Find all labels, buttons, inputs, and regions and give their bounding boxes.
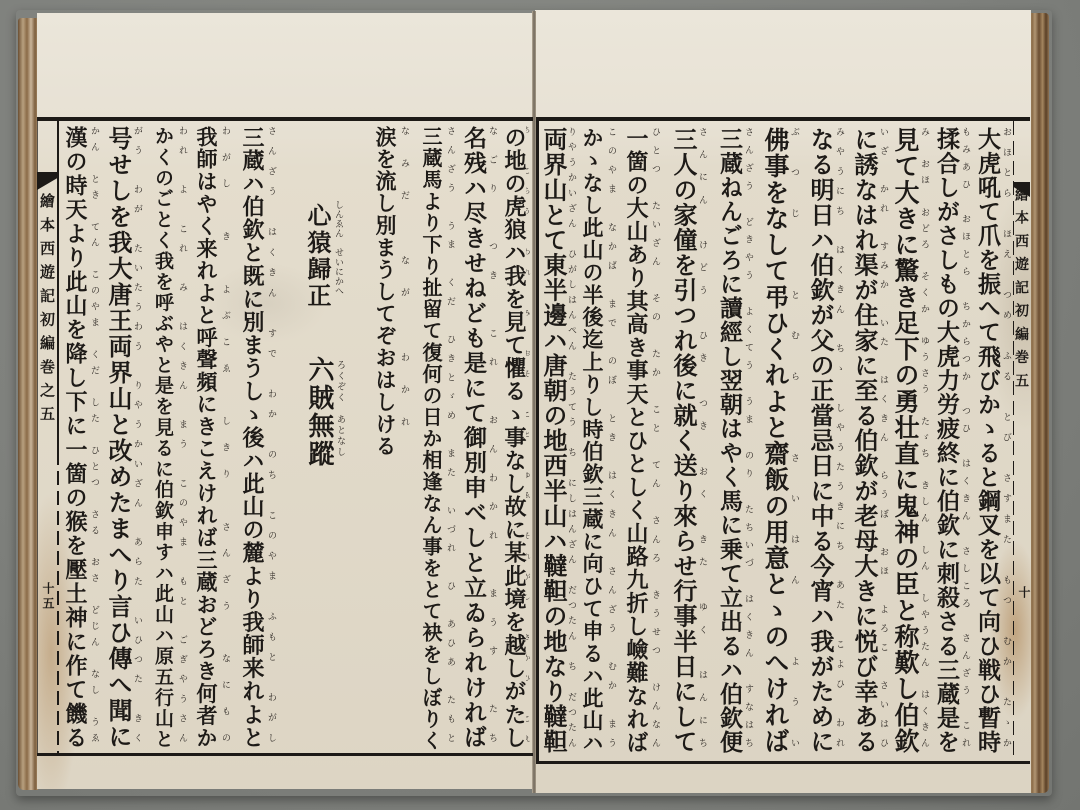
ruby-column: さんざう はくきん すで わか のち このやま ふもと わがし <box>265 126 277 742</box>
ruby-column: いざ かれ すみか いた はくきん らうぼ おほ よろこ さいはひ <box>877 127 889 747</box>
right-page-number: 十四 <box>1016 586 1032 608</box>
right-margin-title: 繪本西遊記初編巻五 <box>1014 187 1030 387</box>
ruby-column: なみだ なが わかれ <box>398 126 410 426</box>
left-frame-line-dashed <box>57 451 59 753</box>
text-column: 大虎吼て爪を振へて飛びかゝると鋼叉を以て向ひ戦ひ暫時 <box>972 127 1002 753</box>
ruby-column: がう わが たいたうわう りやうかいざん あらた いひつた きく <box>131 126 143 742</box>
ruby-column: おほとら ほえ つめ ふる とび さすまた もつ むか たゝか <box>1000 127 1012 747</box>
text-column: かゝなし此山の半後迄上りし時伯欽三蔵に向ひて申るハ此山ハ <box>577 127 607 753</box>
chapter-heading-ruby-1: しんゑん せいにかへる <box>332 200 344 295</box>
right-top-rule <box>536 117 1030 121</box>
text-column: 揉合しがさしもの大虎力労疲終に伯欽に刺殺さる三蔵是を <box>931 127 961 753</box>
text-column: 三蔵馬より下り扯留て復何の日か相逢なん事をとて袂をしぼりく <box>416 126 446 750</box>
ruby-column: ひとつ たいざん その たか こと てん さんろ きうせつ けんなん <box>649 127 661 747</box>
left-margin-title: 繪本西遊記初編巻之五 <box>38 193 56 421</box>
chapter-heading-line-1: 心猿歸正 <box>302 203 332 307</box>
ruby-column: なごり つき これ おんわかれ まうす たち <box>486 126 498 742</box>
ruby-column: かん とき てん このやま くだ した ひとつ さる おさ どじん なし うゑ <box>88 126 100 742</box>
text-column: なる明日ハ伯欽が父の正當忌日に中る今宵ハ我がために <box>805 127 835 753</box>
chapter-heading-ruby-2: ろくぞく あとなし <box>334 360 346 456</box>
ruby-column: われ よ これ み はくきん まう このやま もと ごぎやうさん <box>176 126 188 742</box>
text-column: 見て大きに驚き足下の勇壮直に鬼神の臣と称歎し伯欽 <box>890 127 920 753</box>
text-column: 三蔵ハ伯欽と既に別まうしゝ後ハ此山の麓より我師来れよと <box>237 126 267 748</box>
text-column: 号せしを我大唐王両界山と改めたまへり言ひ傳へ聞に <box>103 126 133 748</box>
ruby-column: さんざう どきやう よくてう うま のり たちいづ はくきん すなはち <box>742 127 754 747</box>
left-top-rule <box>37 117 533 121</box>
left-frame-line <box>57 121 59 451</box>
left-page-number: 十五 <box>40 582 56 609</box>
ruby-column: ぶつじ とむら さいはん ようい <box>788 127 800 747</box>
text-column: 漢の時天より此山を降し下に一箇の猴を壓土神に作て饑る <box>60 126 90 748</box>
text-column: 我師はやく来れよと呼聲頻にきこえければ三蔵おどろき何者か <box>191 126 221 748</box>
text-column: に誘なはれ渠が住家に至る伯欽が老母大きに悦び幸ある <box>849 127 879 753</box>
ruby-column: りやうかいざん ひがしはんぺん たうてう ち にしはんざん だつたん ち だつた… <box>565 127 577 747</box>
text-column: 三人の家僮を引つれ後に就く送り來らせ行事半日にして <box>668 127 698 753</box>
ruby-column: さんざう うま くだ ひきとゞめ また いづれ ひ あひあ たもと <box>444 126 456 742</box>
chapter-heading-line-2: 六賊無蹤 <box>304 356 334 466</box>
right-page-edge <box>1029 13 1049 793</box>
ruby-column: みやうにち はくきん ちゝ しやうたうきにち あた こよひ われ <box>833 127 845 747</box>
ruby-column: わがし き よぶこゑ しきり さんざう なにもの <box>219 126 231 742</box>
text-column: 三蔵ねんごろに讀經し翌朝はやく馬に乗て立出るハ伯欽便 <box>714 127 744 753</box>
right-bottom-rule <box>536 761 1030 764</box>
text-column: 佛事をなして弔ひくれよと齋飯の用意とゝのへければ <box>760 127 790 753</box>
ruby-column: み おほ おどろ そくか ゆうさう たゞち きしん しん しやうたん はくきん <box>918 127 930 747</box>
ruby-column: さんにん けどう ひき つき おく きた ゆく はんにち <box>696 127 708 747</box>
left-bottom-rule <box>37 753 533 756</box>
left-page-edge <box>18 18 38 790</box>
text-column: 一箇の大山あり其高き事天とひとしく山路九折し嶮難なれば <box>621 127 651 753</box>
text-column: かくのごとく我を呼ぶやと是を見るに伯欽申すハ此山ハ原五行山と <box>148 126 178 748</box>
text-column: 名残ハ尽きせねども是にて御別申べしと立ゐられければ <box>458 126 488 748</box>
text-column: 涙を流し別まうしてぞおはしける <box>370 126 400 456</box>
ruby-column: このやま なかば まで のぼ とき はくきん さんざう むか まう <box>605 127 617 747</box>
ruby-column: ち こらう われ み おそ こと ゆゑ それがし さかひ こえ <box>526 126 533 742</box>
ruby-column: もみあひ おほとら ちからつか つひ はくきん さしころ さんざう これ <box>959 127 971 747</box>
text-column: 両界山とて東半邊ハ唐朝の地西半山ハ韃靼の地なり韃靼 <box>538 127 568 753</box>
text-column: の地の虎狼ハ我を見て懼るゝ事なし故に某此境を越しがたし <box>499 126 529 748</box>
